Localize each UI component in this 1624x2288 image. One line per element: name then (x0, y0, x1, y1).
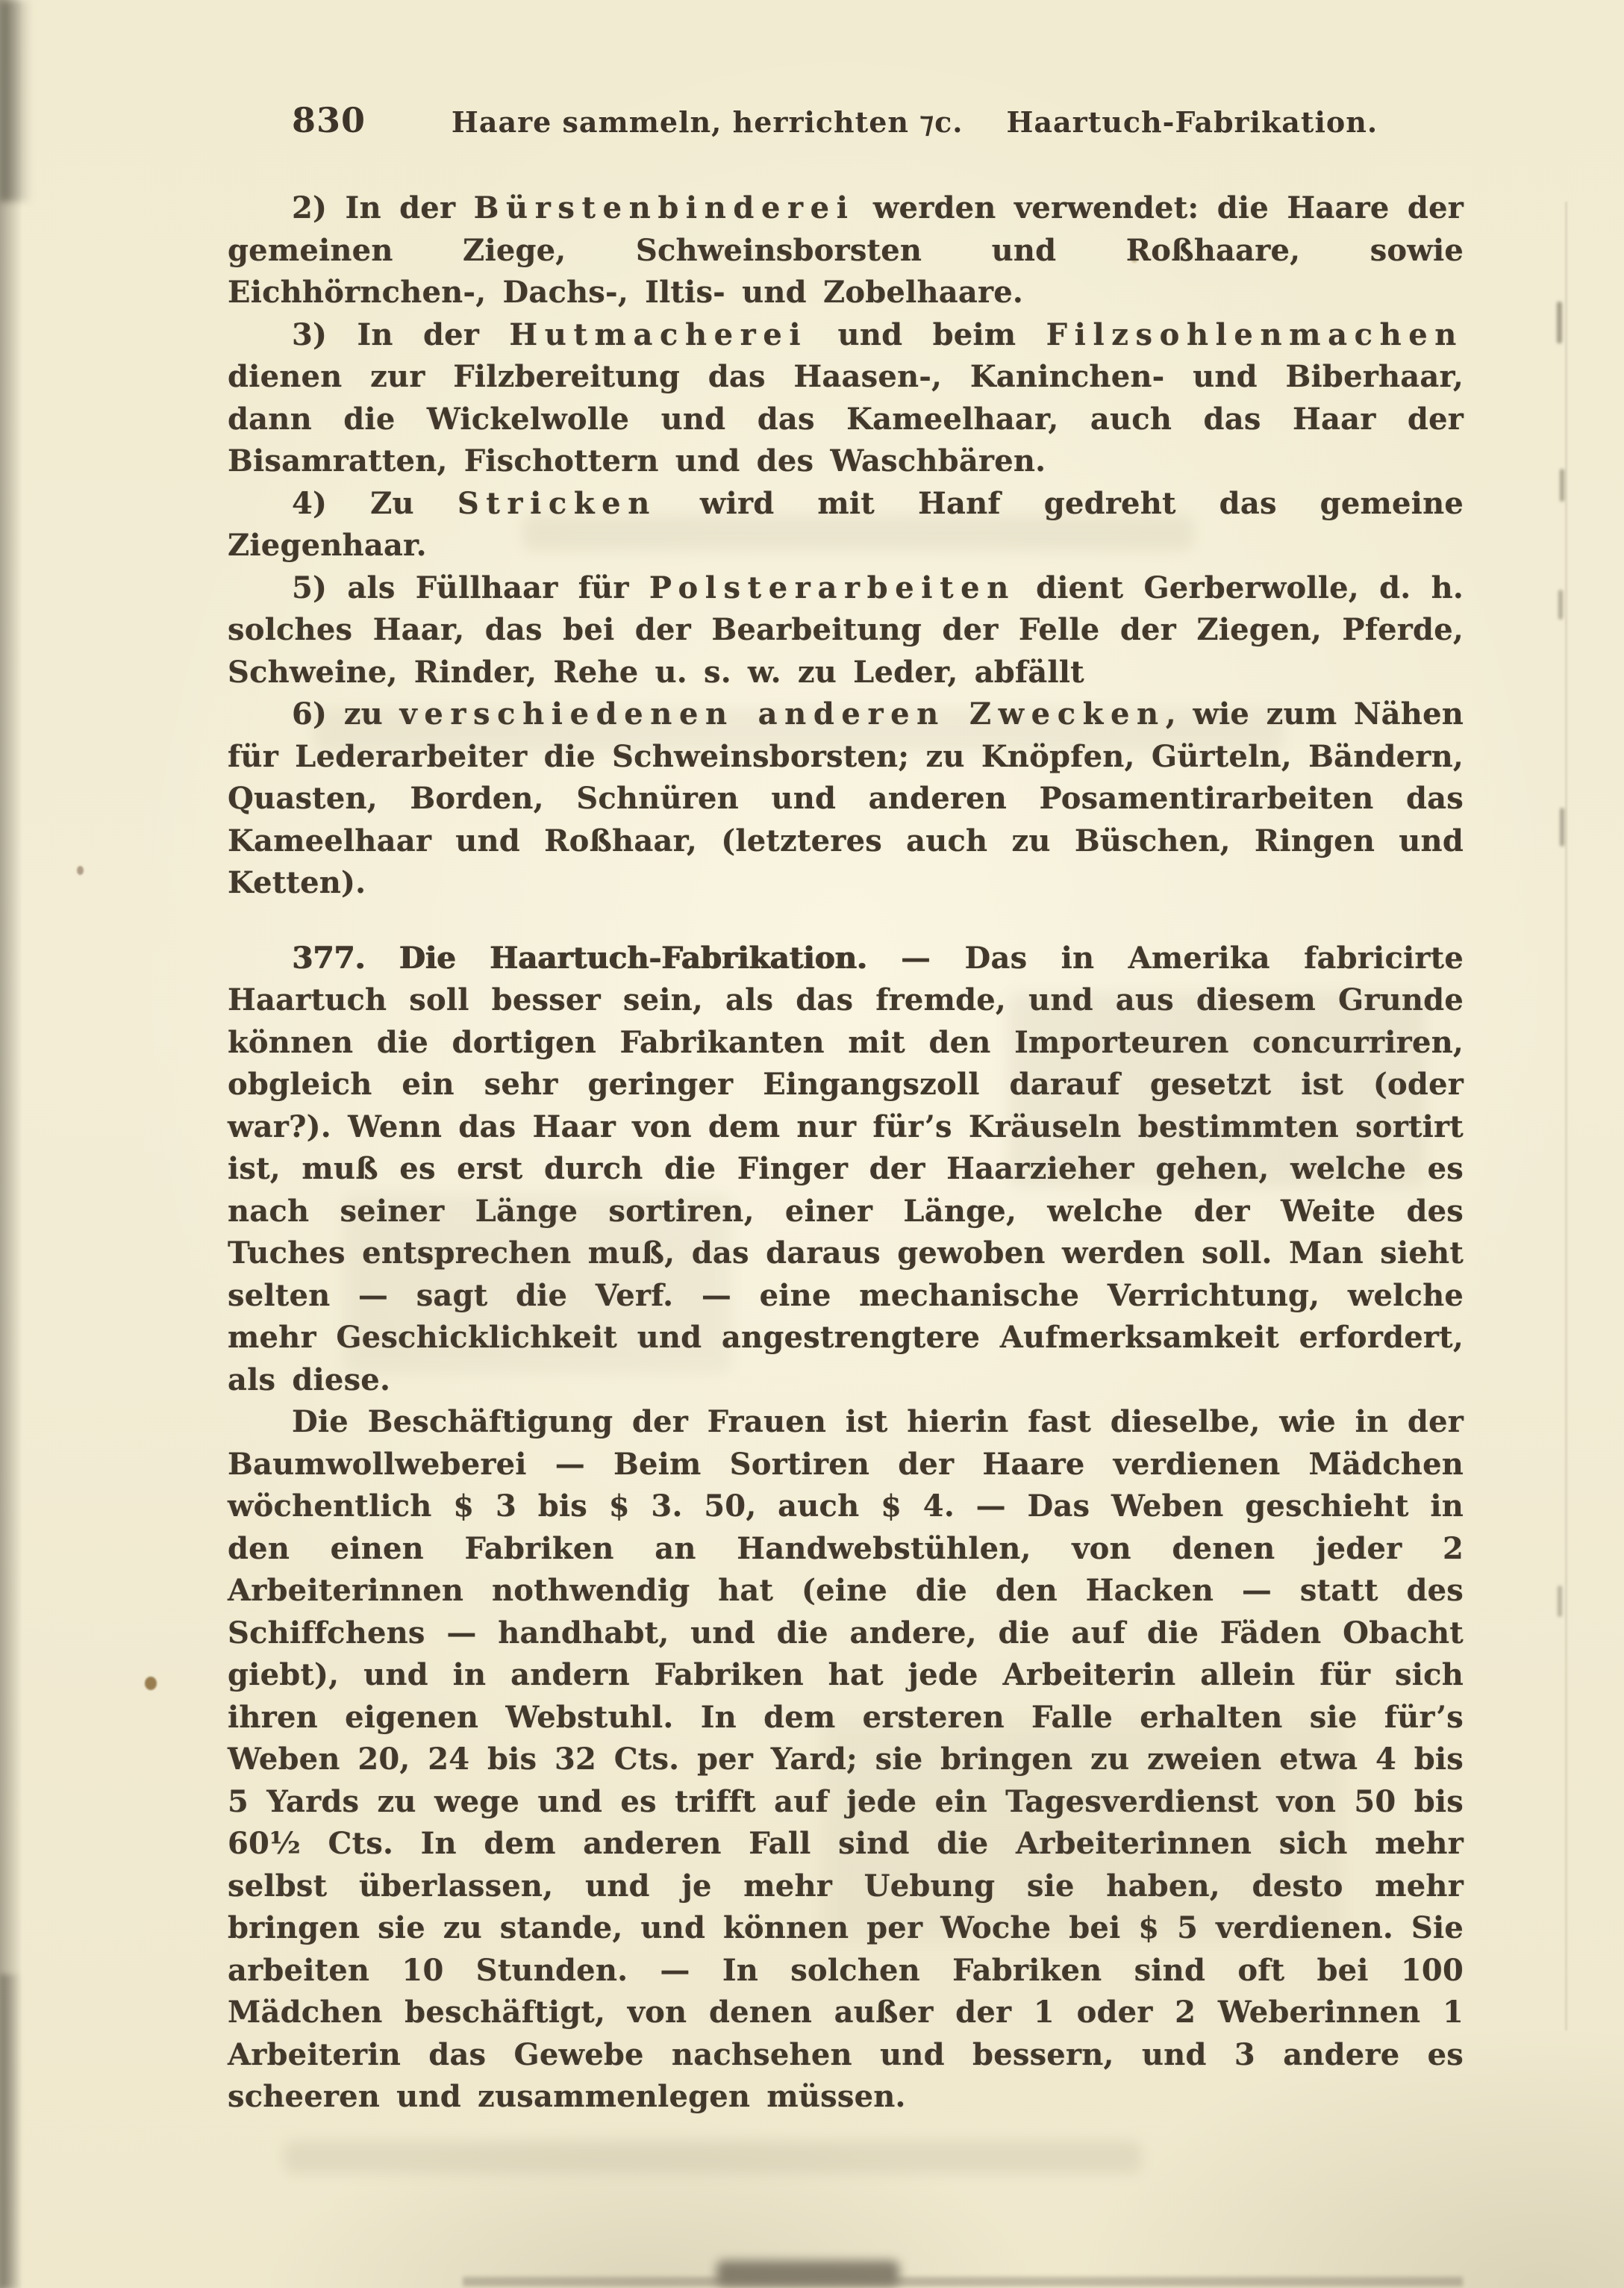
text-segment: 3) In der (292, 317, 509, 352)
running-header-titles: Haare sammeln, herrichten ⁊c. Haartuch-F… (366, 104, 1464, 141)
text-segment: 6) zu (292, 696, 399, 732)
text-segment: Filzsohlenmachen (1046, 317, 1464, 352)
running-header-left: Haare sammeln, herrichten ⁊c. (452, 104, 964, 141)
text-segment: — Das in Amerika fabricirte Haartuch sol… (228, 941, 1464, 1397)
paragraph: 5) als Füllhaar für Polsterarbeiten dien… (228, 567, 1464, 694)
text-segment: Hutmacherei (509, 317, 808, 352)
text-segment: 5) als Füllhaar für (292, 570, 649, 605)
text-segment: Polsterarbeiten (649, 570, 1016, 605)
page-number: 830 (292, 102, 366, 139)
text-segment: Stricken (457, 486, 657, 521)
paragraph: 377. Die Haartuch-Fabrikation. — Das in … (228, 938, 1464, 1402)
paragraph: 4) Zu Stricken wird mit Hanf gedreht das… (228, 483, 1464, 567)
text-segment: Die Beschäftigung der Frauen ist hierin … (228, 1404, 1464, 2114)
body-text: 2) In der Bürstenbinderei werden verwend… (228, 187, 1464, 2119)
text-segment: dienen zur Filzbereitung das Haasen-, Ka… (228, 359, 1464, 479)
text-segment: verschiedenen anderen Zwecken (399, 696, 1165, 732)
text-segment: 2) In der (292, 190, 474, 225)
section-heading: 377. Die Haartuch-Fabrikation. (292, 941, 867, 976)
paragraph: Die Beschäftigung der Frauen ist hierin … (228, 1401, 1464, 2119)
text-segment: und beim (808, 317, 1046, 352)
scanned-book-page: { "page": { "background_color": "#f2ecd3… (0, 0, 1624, 2288)
text-column: 830 Haare sammeln, herrichten ⁊c. Haartu… (228, 102, 1464, 2119)
text-segment: Bürstenbinderei (474, 190, 855, 225)
running-header: 830 Haare sammeln, herrichten ⁊c. Haartu… (228, 102, 1464, 141)
paragraph: 6) zu verschiedenen anderen Zwecken, wie… (228, 693, 1464, 905)
running-header-right: Haartuch-Fabrikation. (1007, 104, 1378, 141)
text-segment: 4) Zu (292, 486, 457, 521)
paragraph: 2) In der Bürstenbinderei werden verwend… (228, 187, 1464, 314)
paragraph: 3) In der Hutmacherei und beim Filzsohle… (228, 314, 1464, 483)
